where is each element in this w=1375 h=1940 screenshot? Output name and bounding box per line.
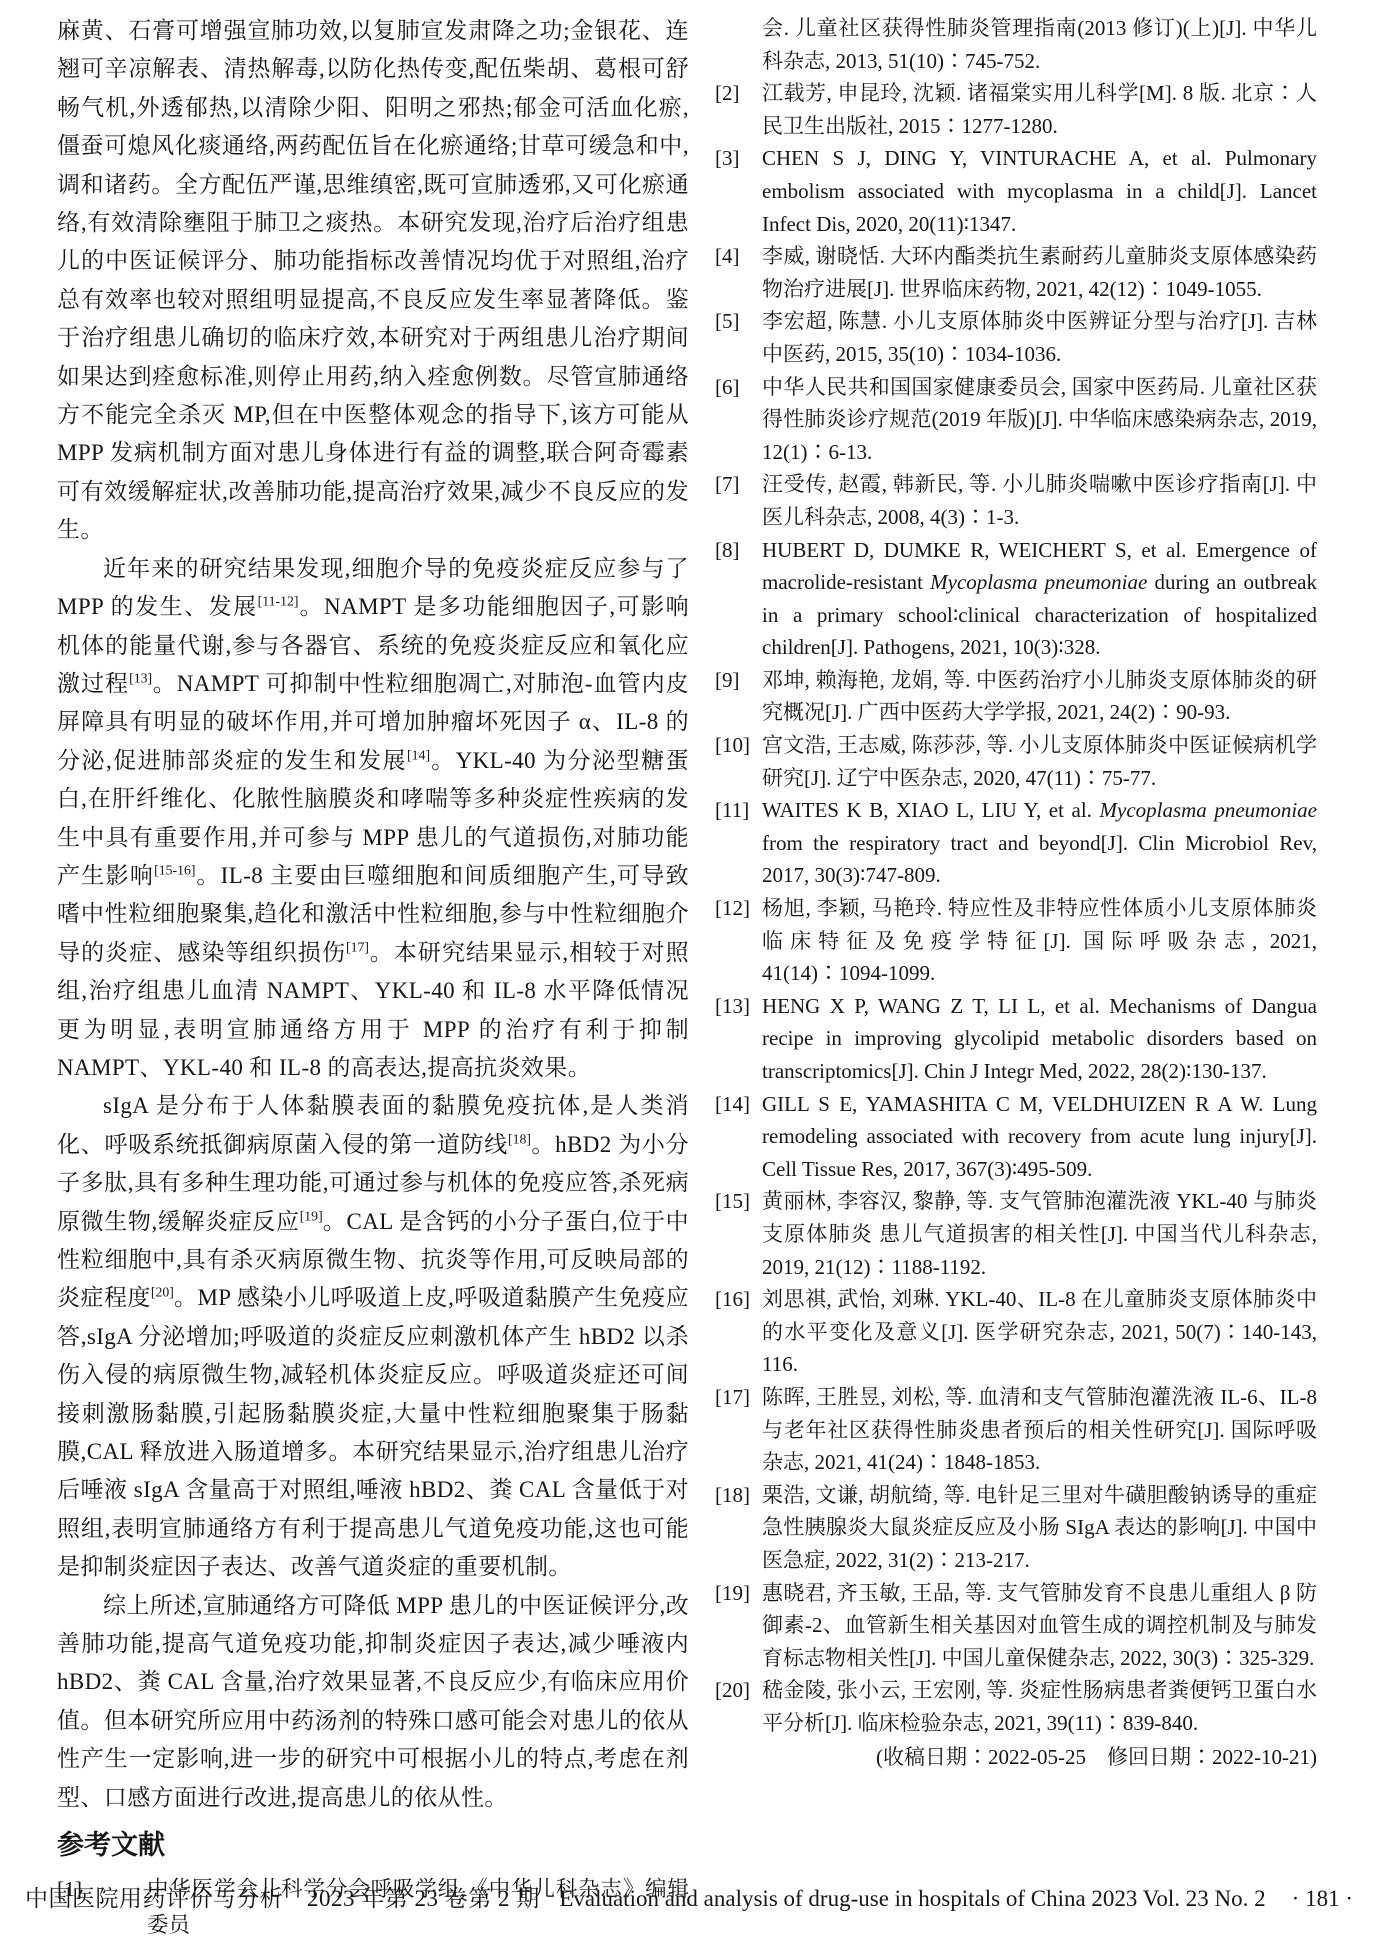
reference-text: 惠晓君, 齐玉敏, 王品, 等. 支气管肺发育不良患儿重组人 β 防御素-2、血… [762,1577,1317,1675]
reference-text: 杨旭, 李颖, 马艳玲. 特应性及非特应性体质小儿支原体肺炎临床特征及免疫学特征… [762,892,1317,990]
reference-label: [17] [715,1381,762,1479]
references-heading: 参考文献 [57,1827,689,1863]
reference-item: [2] 江载芳, 申昆玲, 沈颖. 诸福棠实用儿科学[M]. 8 版. 北京∶人… [715,77,1317,142]
reference-item: [17] 陈晖, 王胜昱, 刘松, 等. 血清和支气管肺泡灌洗液 IL-6、IL… [715,1381,1317,1479]
reference-label: [18] [715,1479,762,1577]
received-revised-dates: (收稿日期∶2022-05-25 修回日期∶2022-10-21) [715,1741,1317,1774]
reference-text: GILL S E, YAMASHITA C M, VELDHUIZEN R A … [762,1088,1317,1186]
reference-label: [3] [715,142,762,240]
reference-text: 刘思祺, 武怡, 刘琳. YKL-40、IL-8 在儿童肺炎支原体肺炎中的水平变… [762,1283,1317,1381]
reference-item: [7] 汪受传, 赵霞, 韩新民, 等. 小儿肺炎喘嗽中医诊疗指南[J]. 中医… [715,468,1317,533]
reference-text: 邓坤, 赖海艳, 龙娟, 等. 中医药治疗小儿肺炎支原体肺炎的研究概况[J]. … [762,664,1317,729]
reference-item: [4] 李威, 谢晓恬. 大环内酯类抗生素耐药儿童肺炎支原体感染药物治疗进展[J… [715,240,1317,305]
footer-journal-title-en: Evaluation and analysis of drug-use in h… [559,1886,1265,1912]
reference-item: [15] 黄丽林, 李容汉, 黎静, 等. 支气管肺泡灌洗液 YKL-40 与肺… [715,1185,1317,1283]
reference-text: WAITES K B, XIAO L, LIU Y, et al. Mycopl… [762,794,1317,892]
reference-text: CHEN S J, DING Y, VINTURACHE A, et al. P… [762,142,1317,240]
reference-text: 陈晖, 王胜昱, 刘松, 等. 血清和支气管肺泡灌洗液 IL-6、IL-8 与老… [762,1381,1317,1479]
reference-text: 会. 儿童社区获得性肺炎管理指南(2013 修订)(上)[J]. 中华儿科杂志,… [762,12,1317,77]
reference-item: [12] 杨旭, 李颖, 马艳玲. 特应性及非特应性体质小儿支原体肺炎临床特征及… [715,892,1317,990]
reference-item: [16] 刘思祺, 武怡, 刘琳. YKL-40、IL-8 在儿童肺炎支原体肺炎… [715,1283,1317,1381]
reference-text: 嵇金陵, 张小云, 王宏刚, 等. 炎症性肠病患者粪便钙卫蛋白水平分析[J]. … [762,1674,1317,1739]
reference-label: [9] [715,664,762,729]
reference-item: [10] 宫文浩, 王志威, 陈莎莎, 等. 小儿支原体肺炎中医证候病机学研究[… [715,729,1317,794]
reference-item: [20] 嵇金陵, 张小云, 王宏刚, 等. 炎症性肠病患者粪便钙卫蛋白水平分析… [715,1674,1317,1739]
right-column: 会. 儿童社区获得性肺炎管理指南(2013 修订)(上)[J]. 中华儿科杂志,… [715,12,1317,1940]
footer-journal-title-cn: 中国医院用药评价与分析 2023 年第 23 卷第 2 期 [25,1880,540,1913]
reference-label: [8] [715,534,762,664]
reference-label: [16] [715,1283,762,1381]
reference-label: [2] [715,77,762,142]
reference-text: 江载芳, 申昆玲, 沈颖. 诸福棠实用儿科学[M]. 8 版. 北京∶人民卫生出… [762,77,1317,142]
reference-text: 中华人民共和国国家健康委员会, 国家中医药局. 儿童社区获得性肺炎诊疗规范(20… [762,371,1317,469]
reference-text: 黄丽林, 李容汉, 黎静, 等. 支气管肺泡灌洗液 YKL-40 与肺炎支原体肺… [762,1185,1317,1283]
reference-label [715,12,762,77]
reference-label: [4] [715,240,762,305]
reference-text: 栗浩, 文谦, 胡航绮, 等. 电针足三里对牛磺胆酸钠诱导的重症急性胰腺炎大鼠炎… [762,1479,1317,1577]
body-paragraph-2: 近年来的研究结果发现,细胞介导的免疫炎症反应参与了 MPP 的发生、发展[11-… [57,550,689,1088]
footer-page-number: · 181 · [1292,1886,1353,1912]
reference-text: HENG X P, WANG Z T, LI L, et al. Mechani… [762,990,1317,1088]
reference-item: [13] HENG X P, WANG Z T, LI L, et al. Me… [715,990,1317,1088]
page-footer: 中国医院用药评价与分析 2023 年第 23 卷第 2 期 Evaluation… [25,1880,1353,1913]
reference-label: [10] [715,729,762,794]
reference-label: [11] [715,794,762,892]
left-column: 麻黄、石膏可增强宣肺功效,以复肺宣发肃降之功;金银花、连翘可辛凉解表、清热解毒,… [57,12,689,1940]
reference-item: [5] 李宏超, 陈慧. 小儿支原体肺炎中医辨证分型与治疗[J]. 吉林中医药,… [715,305,1317,370]
reference-item: [14] GILL S E, YAMASHITA C M, VELDHUIZEN… [715,1088,1317,1186]
reference-item: [9] 邓坤, 赖海艳, 龙娟, 等. 中医药治疗小儿肺炎支原体肺炎的研究概况[… [715,664,1317,729]
reference-text: 李宏超, 陈慧. 小儿支原体肺炎中医辨证分型与治疗[J]. 吉林中医药, 201… [762,305,1317,370]
page-content: 麻黄、石膏可增强宣肺功效,以复肺宣发肃降之功;金银花、连翘可辛凉解表、清热解毒,… [57,12,1317,1940]
reference-text: 汪受传, 赵霞, 韩新民, 等. 小儿肺炎喘嗽中医诊疗指南[J]. 中医儿科杂志… [762,468,1317,533]
references-list: 会. 儿童社区获得性肺炎管理指南(2013 修订)(上)[J]. 中华儿科杂志,… [715,12,1317,1739]
footer-right-group: Evaluation and analysis of drug-use in h… [559,1886,1353,1912]
reference-item: [11] WAITES K B, XIAO L, LIU Y, et al. M… [715,794,1317,892]
reference-text: 宫文浩, 王志威, 陈莎莎, 等. 小儿支原体肺炎中医证候病机学研究[J]. 辽… [762,729,1317,794]
body-paragraph-3: sIgA 是分布于人体黏膜表面的黏膜免疫抗体,是人类消化、呼吸系统抵御病原菌入侵… [57,1087,689,1586]
reference-label: [19] [715,1577,762,1675]
reference-text: HUBERT D, DUMKE R, WEICHERT S, et al. Em… [762,534,1317,664]
reference-label: [7] [715,468,762,533]
journal-page: 麻黄、石膏可增强宣肺功效,以复肺宣发肃降之功;金银花、连翘可辛凉解表、清热解毒,… [0,0,1375,1940]
reference-item: [19] 惠晓君, 齐玉敏, 王品, 等. 支气管肺发育不良患儿重组人 β 防御… [715,1577,1317,1675]
reference-text: 李威, 谢晓恬. 大环内酯类抗生素耐药儿童肺炎支原体感染药物治疗进展[J]. 世… [762,240,1317,305]
reference-item: [3] CHEN S J, DING Y, VINTURACHE A, et a… [715,142,1317,240]
reference-item: [18] 栗浩, 文谦, 胡航绮, 等. 电针足三里对牛磺胆酸钠诱导的重症急性胰… [715,1479,1317,1577]
reference-label: [20] [715,1674,762,1739]
reference-label: [12] [715,892,762,990]
body-paragraph-1: 麻黄、石膏可增强宣肺功效,以复肺宣发肃降之功;金银花、连翘可辛凉解表、清热解毒,… [57,12,689,550]
reference-label: [14] [715,1088,762,1186]
body-paragraph-4: 综上所述,宣肺通络方可降低 MPP 患儿的中医证候评分,改善肺功能,提高气道免疫… [57,1587,689,1817]
reference-item: [8] HUBERT D, DUMKE R, WEICHERT S, et al… [715,534,1317,664]
reference-label: [15] [715,1185,762,1283]
reference-label: [5] [715,305,762,370]
reference-item: [6] 中华人民共和国国家健康委员会, 国家中医药局. 儿童社区获得性肺炎诊疗规… [715,371,1317,469]
reference-label: [6] [715,371,762,469]
reference-item: 会. 儿童社区获得性肺炎管理指南(2013 修订)(上)[J]. 中华儿科杂志,… [715,12,1317,77]
reference-label: [13] [715,990,762,1088]
